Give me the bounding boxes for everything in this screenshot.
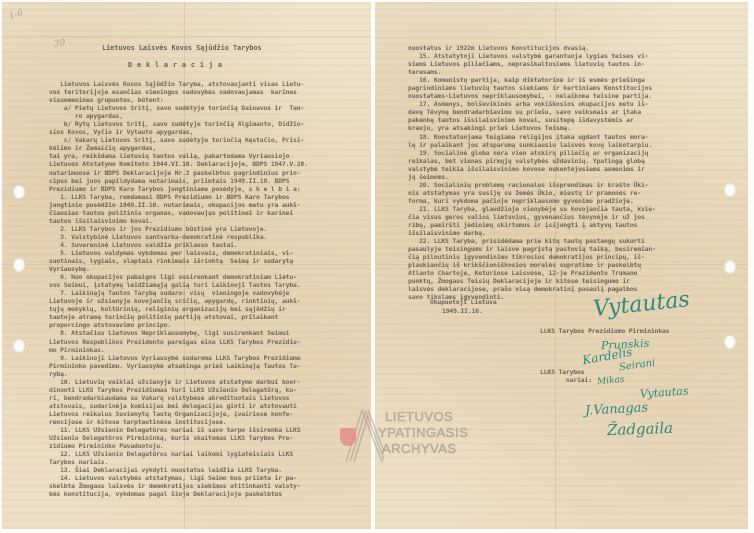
typed-line: 22. LLKS Taryba, prisidėdama prie kitų t… <box>408 237 656 245</box>
typed-line: reikalas, bet vienas pirmųjų valstybės u… <box>408 157 656 165</box>
typed-line: nis atstatymas yra susiję su žemės Ūkio,… <box>408 189 656 197</box>
typed-line: 6. Nuo okupacijos pabaigos ligi susirenk… <box>49 273 308 281</box>
typed-line: forma, kuri vykdoma pačioje nepriklausom… <box>408 197 656 205</box>
typed-line: Lietuvos Atstatymo Komiteto 1944.VI.10. … <box>49 160 308 168</box>
typed-line: lę ir palaikant jos atsparumą sunkiausiu… <box>408 141 656 149</box>
pencil-mark: 1-6 <box>8 8 25 22</box>
typed-line: visuomenines grupuotes, būtent: <box>49 96 308 104</box>
declaration-body-left: Lietuvos Laisvės Kovos Sąjūdžio Taryba, … <box>49 80 308 498</box>
punch-hole <box>13 185 25 199</box>
typed-line: sios Kovos, Vyčio ir Vytauto apygardas, <box>49 128 308 136</box>
lithuanian-coat-of-arms-icon <box>340 428 356 446</box>
typed-line: 3. Valstybinė Lietuvos santvarka-demokra… <box>49 233 308 241</box>
typed-line: kėlimo ir Žemaičių apygardas, <box>49 144 308 152</box>
typed-line: nutarimuose ir BDPS Deklaracijoje Nr.2 p… <box>49 169 308 177</box>
typed-line: Lietuvos reikalus Suvienytų Tautų Organi… <box>49 410 308 418</box>
typed-line: Vyriausybę. <box>49 265 308 273</box>
typed-line: 9. Laikinoji Lietuvos Vyriausybė sudarom… <box>49 354 308 362</box>
typed-line: 18. Konstatuojama teigiama religijos įta… <box>408 133 656 141</box>
watermark-line-2: YPATINGASIS <box>378 426 468 440</box>
signature: Mikas <box>597 375 625 387</box>
typed-line: b/ Rytų Lietuvos Sritį, savo sudėtyje tu… <box>49 120 308 128</box>
horizontal-crease <box>2 36 371 37</box>
typed-line: davę Tėvynę bendradarbiavimu su priešu, … <box>408 108 656 116</box>
typed-line: tautos išsilaisvinimo kovai. <box>49 217 308 225</box>
typed-line: atstovais, sudarinėja komisijas bei dele… <box>49 402 308 410</box>
typed-line: jų šeimoms. <box>408 173 656 181</box>
typed-line: 8. Atstačius Lietuvos Nepriklausomybę, l… <box>49 329 308 337</box>
typed-line: bės konstitucija, vykdomas pagal šioje D… <box>49 490 308 498</box>
typed-line: plaukiančių iš krikščioniškosios moralės… <box>408 261 656 269</box>
typed-line: Lietuvos Respublikos Prezidento pareigas… <box>49 338 308 346</box>
members-title: nariai: <box>566 376 592 384</box>
typed-line: 10. Lietuvių veiklai užsienyje ir Lietuv… <box>49 378 308 386</box>
typed-line: Užsienio Delegatūros Pirmininką, kuris s… <box>49 434 308 442</box>
typed-line: mo Pirmininkas. <box>49 346 308 354</box>
watermark-line-3: ARCHYVAS <box>382 442 457 456</box>
typed-line: valstybė teikia išsilaisvinimo kovose nu… <box>408 165 656 173</box>
typed-line: 13. Šiai Deklaracijai vykdyti nuostatus … <box>49 466 308 474</box>
typed-line: 15. Atstatytoji Lietuvos valstybė garant… <box>408 52 656 60</box>
typed-line: tautoje atramą turinčių politinių partij… <box>49 313 308 321</box>
typed-line: rencijose ir kitose tarptautinėse instit… <box>49 418 308 426</box>
typed-line: nuostatams-Lietuvos nepriklausomybei, - … <box>408 92 656 100</box>
typed-line: zidiumo Pirmininko Pavaduotoju. <box>49 442 308 450</box>
pencil-mark: 39 <box>53 38 66 50</box>
typed-line: 11. LLKS Užsienio Delegatūros nariai iš … <box>49 426 308 434</box>
typed-line: išsilaisvinimo darbą. <box>408 229 656 237</box>
typed-line: suotinais, lygiais, slaptais rinkimais i… <box>49 257 308 265</box>
typed-line: krauju, yra atsakingi prieš Lietuvos Tei… <box>408 124 656 132</box>
typed-line: 17. Asmenys, bolševikinės arba vokiškosi… <box>408 100 656 108</box>
archive-watermark: LIETUVOS YPATINGASIS ARCHYVAS <box>340 406 490 464</box>
typed-line: vos teritorijoje esančias vieningos vado… <box>49 88 308 96</box>
typed-line: tųjų mokyklų, kultūrinių, religinių orga… <box>49 305 308 313</box>
members-title: LLKS Tarybos <box>540 368 584 376</box>
typed-line: tai yra, reikšdama lietuvių tautos valią… <box>49 152 308 160</box>
typed-line: 21. LLKS Taryba, glaudžioje vienybėje su… <box>408 205 656 213</box>
punch-hole <box>724 183 736 197</box>
typed-line: vos Seimui, įstatymų leidžiamąją galią t… <box>49 281 308 289</box>
typed-line: Lietuvos Laisvės Kovos Sąjūdžio Taryba, … <box>49 80 308 88</box>
document-title: D e k l a r a c i j a <box>128 61 222 69</box>
signature: Žadgaila <box>607 419 674 439</box>
typed-line: pakenkę tautos išsilaisvinimo kovai, sus… <box>408 116 656 124</box>
typed-line: siems Lietuvos piliečiams, neprasikaltus… <box>408 60 656 68</box>
signature: J.Vanagas <box>585 400 649 418</box>
typed-line: pasaulyje teisingumu ir laisve pagrįstą … <box>408 245 656 253</box>
declaration-body-right: nuostatus ir 1922m Lietuvos Konstitucijo… <box>408 44 656 302</box>
punch-hole <box>13 339 25 353</box>
date-line: 1949.II.16. <box>442 307 483 315</box>
punch-hole <box>13 258 25 272</box>
typed-line: 20. Socialinių problemų racionalus išspr… <box>408 181 656 189</box>
typed-line: 7. Laikinąją Tautos Tarybą sudaro: visų … <box>49 289 308 297</box>
scanned-document: 1-6 39 Lietuvos Laisvės Kovos Sąjūdžio T… <box>0 0 754 533</box>
typed-line: 12. LLKS Užsienio Delegatūros nariai lai… <box>49 450 308 458</box>
typed-line: 5. Lietuvos valdymas vykdomas per laisva… <box>49 249 308 257</box>
typed-line: nuostatus ir 1922m Lietuvos Konstitucijo… <box>408 44 656 52</box>
typed-line: 1. LLKS Taryba, remdamasi BDPS Prezidium… <box>49 193 308 201</box>
place-line: Okupuotoji Lietuva <box>430 298 497 306</box>
typed-line: teresams. <box>408 68 656 76</box>
typed-line: ri, bendradarbiaudama su Vakarų valstybė… <box>49 394 308 402</box>
typed-line: jungtinio posėdžio 1949.II.10. nutarimai… <box>49 201 308 209</box>
typed-line: punktų, Žmogaus Teisių Deklaracijoje ir … <box>408 277 656 285</box>
punch-hole <box>724 260 736 274</box>
typed-line: Lietuvoje ir užsienyje kovojančių sričių… <box>49 297 308 305</box>
typed-line: laisvės deklaracijose, prašo visą demokr… <box>408 285 656 293</box>
typed-line: ribų, pamiršti jėdinimų skirtumus ir įsi… <box>408 221 656 229</box>
signature: Vytautas <box>640 384 689 400</box>
typed-line: dinuoti LLKS Tarybos Prezidiumas turi LL… <box>49 386 308 394</box>
typed-line: Pirmininko pavedimu. Vyriausybė atsaking… <box>49 362 308 370</box>
document-heading: Lietuvos Laisvės Kovos Sąjūdžio Tarybos <box>102 44 262 52</box>
typed-line: a/ Pietų Lietuvos Sritį, savo sudėtyje t… <box>49 104 308 112</box>
typed-line: 16. Komunistų partija, kaip diktatorinė … <box>408 76 656 84</box>
typed-line: 4. Suvereninė Lietuvos valdžia priklauso… <box>49 241 308 249</box>
typed-line: 2. LLKS Tarybos ir jos Prezidiumo būstin… <box>49 225 308 233</box>
typed-line: cipus bei juos papildydama nutarimais, p… <box>49 177 308 185</box>
typed-line: čią pilnutiniu įgyvendinimu tikrosios de… <box>408 253 656 261</box>
chairman-title: LLKS Tarybos Prezidiumo Pirmininkas <box>540 327 669 335</box>
typed-line: skelbta Žmogaus laisvės ir demokratijos … <box>49 482 308 490</box>
document-page-left: 1-6 39 Lietuvos Laisvės Kovos Sąjūdžio T… <box>2 2 371 529</box>
typed-line: čiausias tautos politinis organas, vadov… <box>49 209 308 217</box>
typed-line: Prezidiumo ir BDPS Karo Tarybos jungtini… <box>49 185 308 193</box>
watermark-line-1: LIETUVOS <box>385 410 453 424</box>
typed-line: rybą. <box>49 370 308 378</box>
typed-line: čia visus geros valios lietuvius, gyvena… <box>408 213 656 221</box>
typed-line: ro apygardas, <box>49 112 308 120</box>
punch-hole <box>724 335 736 349</box>
typed-line: 19. Socialinė globa nėra vien atskirų pi… <box>408 149 656 157</box>
typed-line: proporcingo atstovavimo principo. <box>49 321 308 329</box>
typed-line: pagrindiniams lietuvių tautos siekiams i… <box>408 84 656 92</box>
